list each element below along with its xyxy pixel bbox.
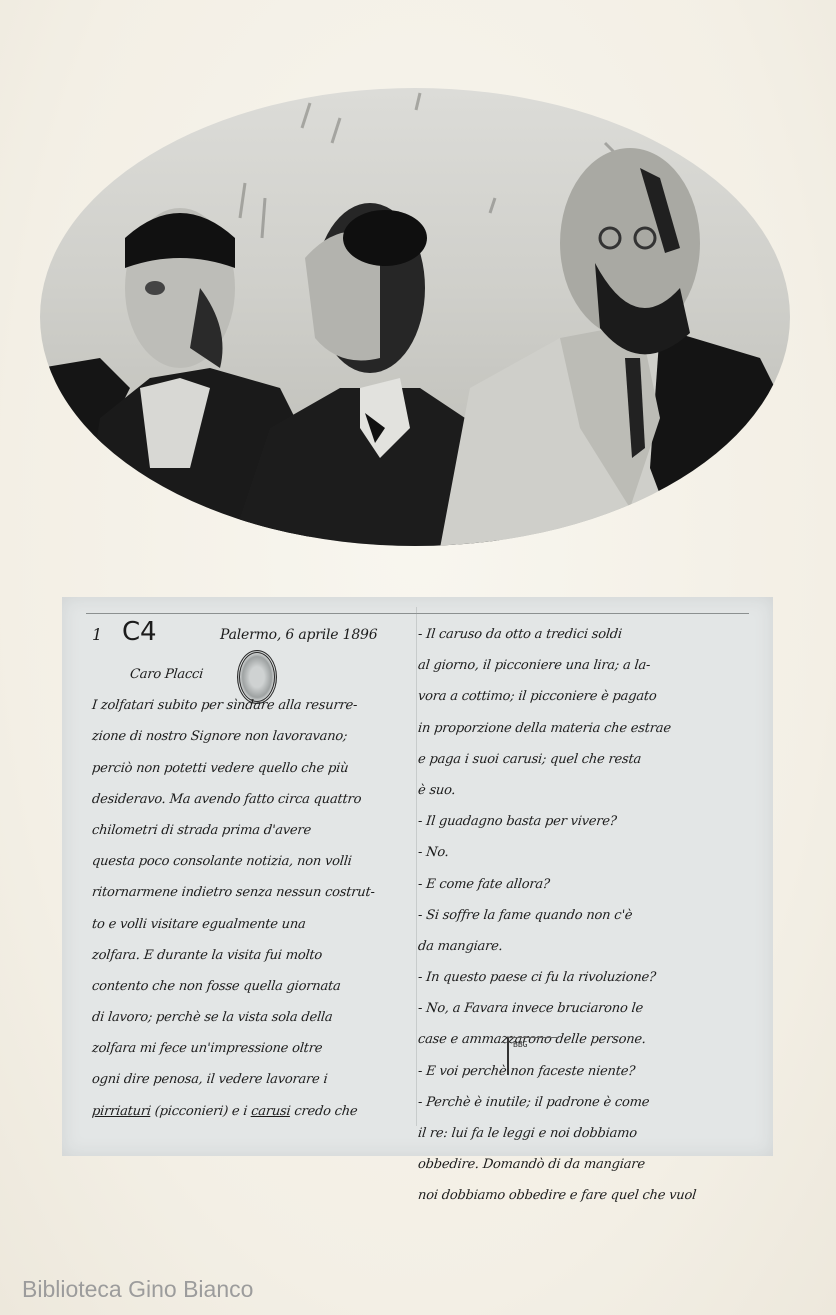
letter-line: vora a cottimo; il picconiere è pagato [416, 681, 749, 712]
letter-line: case e ammazzarono delle persone. [416, 1024, 749, 1055]
letter-line: è suo. [416, 775, 749, 806]
letter-line: - No, a Favara invece bruciarono le [416, 993, 749, 1024]
letter-line: zolfara. E durante la visita fui molto [90, 940, 413, 971]
letter-line: zione di nostro Signore non lavoravano; [90, 721, 413, 752]
letter-line: - Il guadagno basta per vivere? [416, 806, 749, 837]
letter-line: - Perchè è inutile; il padrone è come [416, 1087, 749, 1118]
letter-line: ogni dire penosa, il vedere lavorare i [90, 1064, 413, 1095]
letter-line: chilometri di strada prima d'avere [90, 815, 413, 846]
top-rule [86, 613, 749, 614]
oval-photograph [40, 88, 790, 546]
letter-line: contento che non fosse quella giornata [90, 971, 413, 1002]
library-watermark: Biblioteca Gino Bianco [22, 1276, 253, 1303]
letter-line: desideravo. Ma avendo fatto circa quattr… [90, 784, 413, 815]
letter-right-column: - Il caruso da otto a tredici soldi al g… [418, 619, 748, 1212]
letter-line: in proporzione della materia che estrae [416, 713, 749, 744]
letter-line: di lavoro; perchè se la vista sola della [90, 1002, 413, 1033]
letter-left-column: 1 C4 Palermo, 6 aprile 1896 Caro Placci … [92, 619, 412, 1127]
letter-line: - E voi perchè non faceste niente? [416, 1056, 749, 1087]
letter-line: ritornarmene indietro senza nessun costr… [90, 877, 413, 908]
letter-line: - No. [416, 837, 749, 868]
archive-stamp: BBG [507, 1037, 559, 1075]
place-date: Palermo, 6 aprile 1896 [220, 627, 377, 643]
letter-line: da mangiare. [416, 931, 749, 962]
letter-line: I zolfatari subito per sìndare alla resu… [90, 690, 413, 721]
letter-line: al giorno, il picconiere una lira; a la- [416, 650, 749, 681]
letter-line: - In questo paese ci fu la rivoluzione? [416, 962, 749, 993]
letter-line: noi dobbiamo obbedire e fare quel che vu… [416, 1180, 749, 1211]
letter-line: obbedire. Domandò di da mangiare [416, 1149, 749, 1180]
letter-header: 1 C4 Palermo, 6 aprile 1896 [92, 619, 412, 659]
letter-line: - Il caruso da otto a tredici soldi [416, 619, 749, 650]
letter-line: perciò non potetti vedere quello che più [90, 753, 413, 784]
photograph-illustration [40, 88, 790, 546]
letter-line: zolfara mi fece un'impressione oltre [90, 1033, 413, 1064]
handwritten-letter: 1 C4 Palermo, 6 aprile 1896 Caro Placci … [62, 597, 773, 1156]
letter-line: - E come fate allora? [416, 869, 749, 900]
letter-line: il re: lui fa le leggi e noi dobbiamo [416, 1118, 749, 1149]
letter-line: e paga i suoi carusi; quel che resta [416, 744, 749, 775]
sheet-number: 1 [92, 625, 102, 644]
letter-line: questa poco consolante notizia, non voll… [90, 846, 413, 877]
letter-line: - Si soffre la fame quando non c'è [416, 900, 749, 931]
archive-code: C4 [122, 617, 156, 647]
letter-line: pirriaturi (picconieri) e i carusi credo… [90, 1096, 413, 1127]
letter-line: to e volli visitare egualmente una [90, 909, 413, 940]
salutation: Caro Placci [90, 659, 413, 690]
